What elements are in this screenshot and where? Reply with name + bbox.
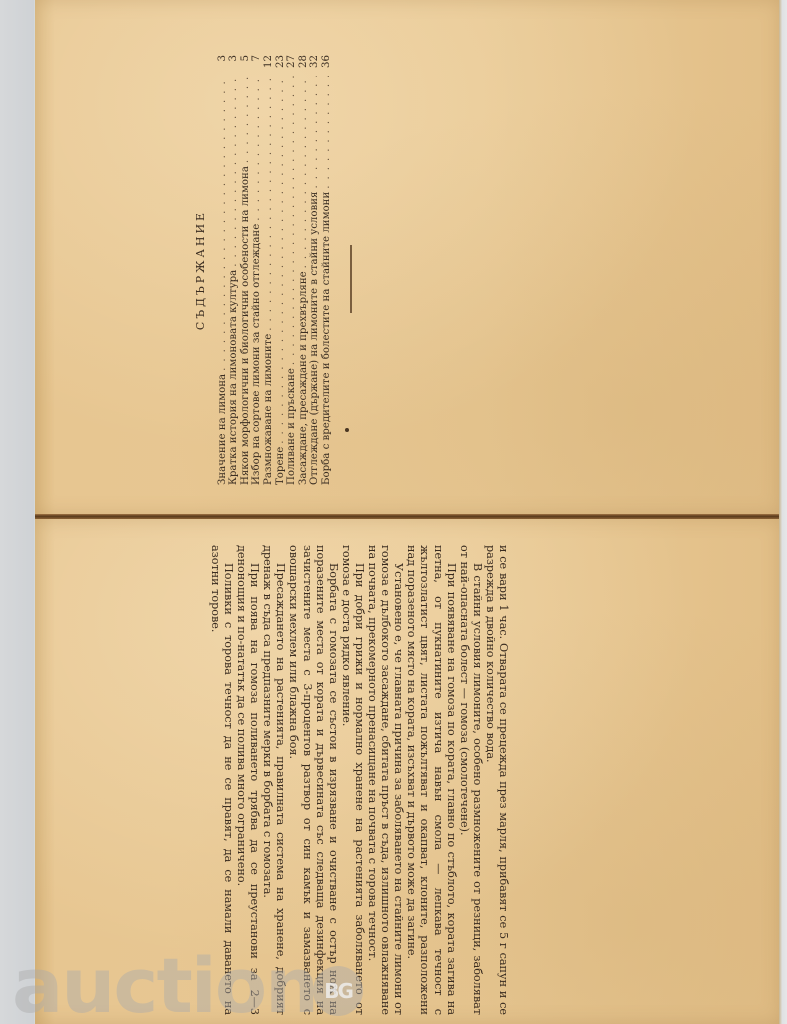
toc-entry-label: Торене [275, 447, 287, 485]
toc-entry: Кратка история на лимоновата култура....… [228, 55, 240, 485]
toc-leader-dots: ........................................… [217, 76, 229, 371]
page-right-edge [779, 0, 787, 1024]
toc-entry-page: 3 [217, 55, 229, 73]
body-paragraph: В стайни условия лимоните, особено размн… [458, 545, 484, 1015]
top-page-table-of-contents [35, 0, 780, 515]
watermark-badge: BG [313, 966, 363, 1016]
toc-leader-dots: ........................................… [251, 76, 263, 221]
toc-entry: Значение на лимона......................… [217, 55, 229, 485]
body-paragraph: и се вари 1 час. Отварата се прецежда пр… [484, 545, 510, 1015]
toc-entry-label: Размножаване на лимоните [263, 334, 275, 485]
toc-entry-page: 28 [298, 55, 310, 73]
body-paragraph: При добри грижи и нормално хранене на ра… [340, 545, 366, 1015]
toc-leader-dots: ........................................… [309, 76, 321, 189]
scanned-booklet-spread: СЪДЪРЖАНИЕ Значение на лимона...........… [0, 0, 787, 1024]
toc-entry-page: 7 [251, 55, 263, 73]
toc-entry: Избор на сортове лимони за стайно отглеж… [251, 55, 263, 485]
decorative-rule [350, 245, 352, 313]
table-of-contents: СЪДЪРЖАНИЕ Значение на лимона...........… [195, 55, 333, 485]
toc-entry-label: Кратка история на лимоновата култура [228, 270, 240, 485]
page-fold-divider [35, 514, 780, 519]
body-paragraph: Установено е, че главната причина за заб… [366, 545, 405, 1015]
toc-entry-label: Избор на сортове лимони за стайно отглеж… [251, 224, 263, 485]
auction-watermark: auctionBG [12, 948, 363, 1024]
toc-leader-dots: ........................................… [228, 76, 240, 267]
toc-entry-label: Засаждане, пресаждане и прехвърляне [298, 271, 310, 485]
toc-entry-label: Отглеждане (държане) на лимоните в стайн… [309, 192, 321, 486]
toc-title: СЪДЪРЖАНИЕ [195, 55, 207, 485]
toc-leader-dots: ........................................… [298, 76, 310, 268]
toc-leader-dots: ........................................… [286, 76, 298, 365]
toc-leader-dots: ........................................… [240, 76, 252, 163]
toc-leader-dots: ........................................… [263, 76, 275, 331]
toc-leader-dots: ........................................… [321, 76, 333, 189]
toc-entry-page: 36 [321, 55, 333, 73]
toc-entry-page: 5 [240, 55, 252, 73]
toc-entry: Някои морфологични и биологични особенос… [240, 55, 252, 485]
toc-entry-page: 32 [309, 55, 321, 73]
toc-entry: Засаждане, пресаждане и прехвърляне.....… [298, 55, 310, 485]
toc-entry: Борба с вредителите и болестите на стайн… [321, 55, 333, 485]
toc-entry-page: 23 [275, 55, 287, 73]
toc-entry-page: 3 [228, 55, 240, 73]
watermark-text: auction [12, 941, 317, 1024]
toc-entry: Размножаване на лимоните................… [263, 55, 275, 485]
toc-entry-label: Някои морфологични и биологични особенос… [240, 166, 252, 485]
toc-entry: Торене..................................… [275, 55, 287, 485]
toc-entry: Отглеждане (държане) на лимоните в стайн… [309, 55, 321, 485]
toc-entry-label: Значение на лимона [217, 374, 229, 485]
toc-entry: Поливане и пръскане.....................… [286, 55, 298, 485]
toc-entry-label: Поливане и пръскане [286, 368, 298, 485]
toc-entry-page: 27 [286, 55, 298, 73]
ink-speck [345, 428, 349, 432]
toc-entry-page: 12 [263, 55, 275, 73]
body-paragraph: При появяване на гомоза по кората, главн… [405, 545, 457, 1015]
toc-list: Значение на лимона......................… [217, 55, 333, 485]
toc-entry-label: Борба с вредителите и болестите на стайн… [321, 192, 333, 485]
toc-leader-dots: ........................................… [275, 76, 287, 444]
